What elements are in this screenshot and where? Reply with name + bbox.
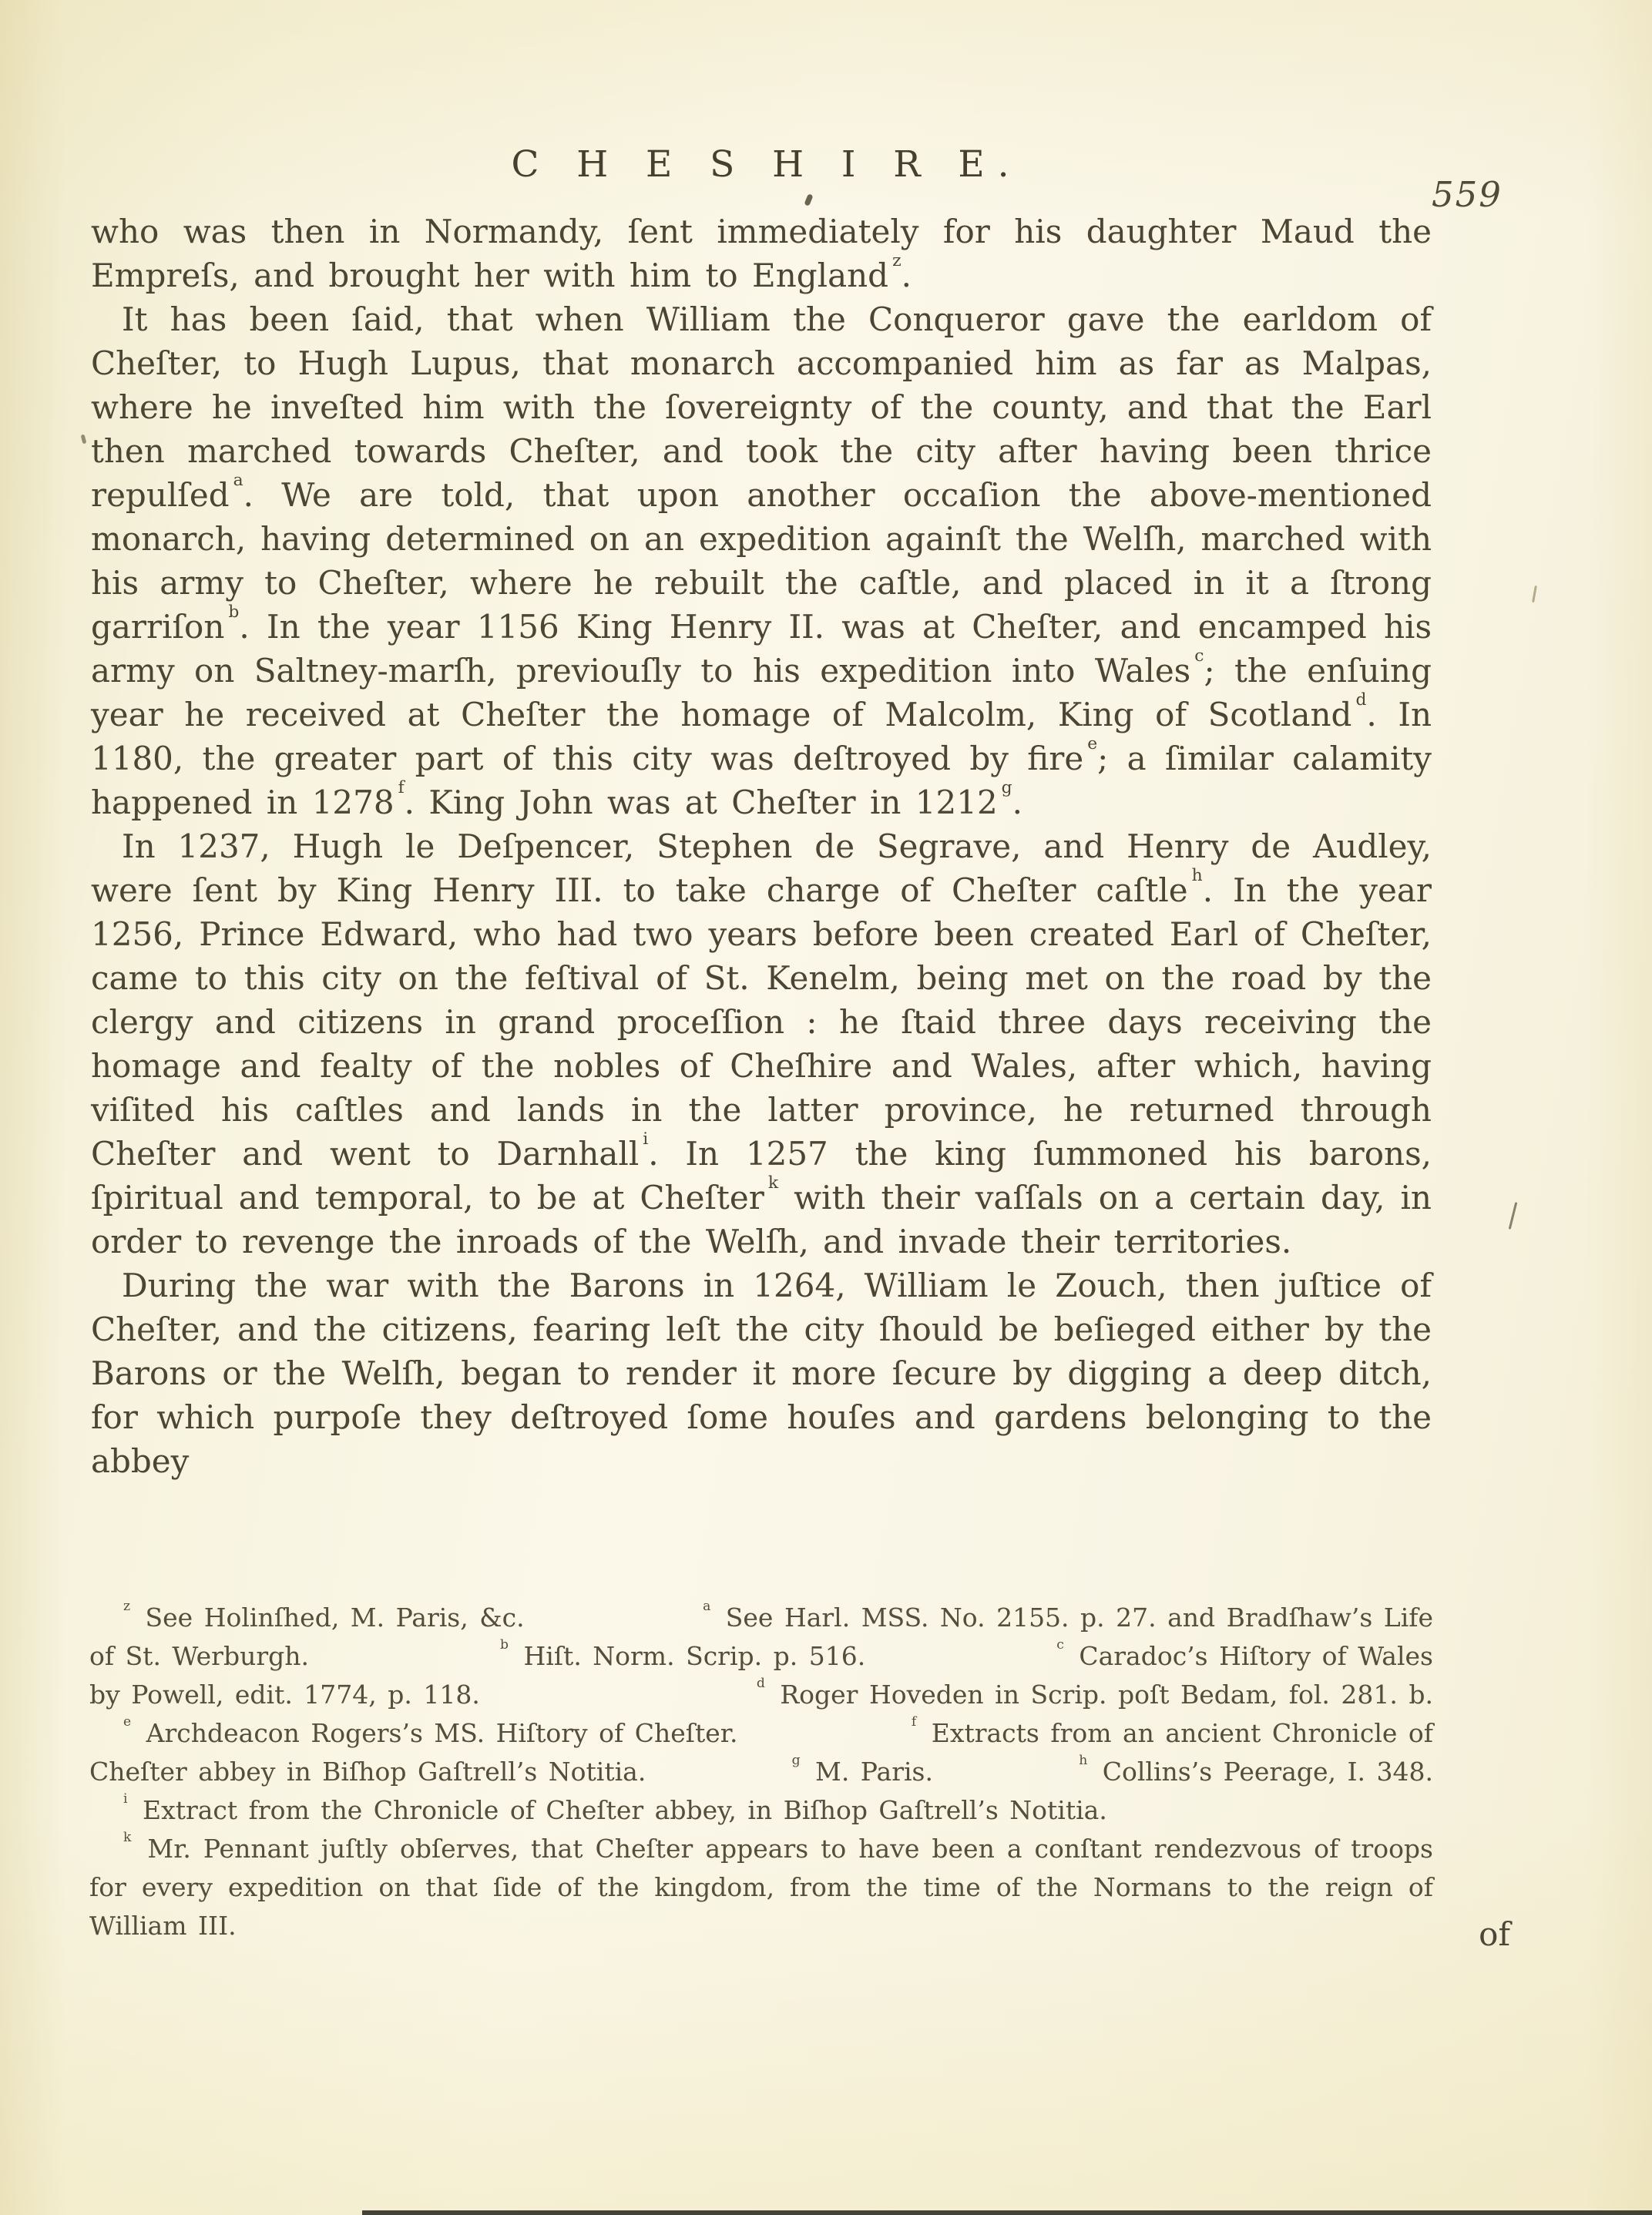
footnote-chunk: for every expedition on that ſide of the… xyxy=(89,1872,1433,1902)
footnote-marker: b xyxy=(228,602,239,622)
footnote-chunk: i Extract from the Chronicle of Cheſter … xyxy=(123,1795,1107,1825)
scan-bottom-edge xyxy=(362,2210,1652,2215)
footnote-chunk: z See Holinſhed, M. Paris, &c. xyxy=(123,1599,525,1637)
book-page: C H E S H I R E. 559 who was then in Nor… xyxy=(0,0,1652,2215)
footnote-marker: h xyxy=(1192,866,1203,885)
footnote-line: of St. Werburgh.b Hiſt. Norm. Scrip. p. … xyxy=(89,1637,1433,1676)
footnote-chunk: of St. Werburgh. xyxy=(89,1637,309,1676)
footnote-marker: g xyxy=(1002,778,1012,797)
footnote-marker: d xyxy=(757,1676,765,1691)
scan-speck xyxy=(81,435,87,445)
footnote-line: by Powell, edit. 1774, p. 118.d Roger Ho… xyxy=(89,1676,1433,1714)
footnote-line: i Extract from the Chronicle of Cheſter … xyxy=(89,1791,1433,1830)
footnotes: z See Holinſhed, M. Paris, &c.a See Harl… xyxy=(89,1599,1433,1945)
footnote-chunk: b Hiſt. Norm. Scrip. p. 516. xyxy=(500,1637,865,1676)
paragraph: It has been ſaid, that when William the … xyxy=(91,297,1432,824)
footnote-marker: d xyxy=(1355,690,1366,710)
footnote-chunk: g M. Paris. xyxy=(792,1753,933,1791)
footnote-line: e Archdeacon Rogers’s MS. Hiſtory of Che… xyxy=(89,1714,1433,1753)
running-head-title: C H E S H I R E. xyxy=(0,143,1533,186)
footnote-line: for every expedition on that ſide of the… xyxy=(89,1868,1433,1907)
paragraph: In 1237, Hugh le Deſpencer, Stephen de S… xyxy=(91,824,1432,1264)
footnote-chunk: by Powell, edit. 1774, p. 118. xyxy=(89,1676,480,1714)
page-number: 559 xyxy=(1432,174,1503,215)
footnote-marker: c xyxy=(1194,646,1204,666)
footnote-marker: e xyxy=(1087,734,1097,753)
footnote-line: z See Holinſhed, M. Paris, &c.a See Harl… xyxy=(89,1599,1433,1637)
footnote-line: k Mr. Pennant juſtly obſerves, that Cheſ… xyxy=(89,1830,1433,1868)
footnote-marker: e xyxy=(123,1714,131,1730)
footnote-chunk: e Archdeacon Rogers’s MS. Hiſtory of Che… xyxy=(123,1714,737,1753)
scan-speck xyxy=(804,193,813,206)
footnote-chunk: William III. xyxy=(89,1911,237,1941)
footnote-marker: k xyxy=(768,1173,778,1193)
footnote-marker: b xyxy=(500,1637,509,1653)
footnote-chunk: f Extracts from an ancient Chronicle of xyxy=(912,1714,1433,1753)
footnote-chunk: c Caradoc’s Hiſtory of Wales xyxy=(1056,1637,1433,1676)
footnote-chunk: k Mr. Pennant juſtly obſerves, that Cheſ… xyxy=(123,1834,1433,1864)
footnote-marker: i xyxy=(123,1791,128,1807)
footnote-marker: a xyxy=(233,471,243,490)
footnote-marker: g xyxy=(792,1753,801,1768)
footnote-chunk: h Collins’s Peerage, I. 348. xyxy=(1079,1753,1433,1791)
paragraph: During the war with the Barons in 1264, … xyxy=(91,1264,1432,1483)
catchword: of xyxy=(1233,1915,1510,1953)
footnote-marker: k xyxy=(123,1830,131,1845)
body-text: who was then in Normandy, ſent immediate… xyxy=(91,210,1432,1483)
scan-speck xyxy=(1532,586,1537,602)
footnote-line: William III. xyxy=(89,1907,1433,1945)
footnote-chunk: a See Harl. MSS. No. 2155. p. 27. and Br… xyxy=(703,1599,1433,1637)
footnote-marker: z xyxy=(123,1599,130,1614)
footnote-marker: c xyxy=(1056,1637,1064,1653)
scan-speck xyxy=(1509,1202,1518,1230)
footnote-marker: z xyxy=(892,251,902,270)
footnote-chunk: Cheſter abbey in Biſhop Gaſtrell’s Notit… xyxy=(89,1753,646,1791)
footnote-marker: a xyxy=(703,1599,710,1614)
footnote-marker: f xyxy=(912,1714,916,1730)
footnote-marker: f xyxy=(398,778,405,797)
footnote-marker: i xyxy=(643,1129,648,1149)
footnote-line: Cheſter abbey in Biſhop Gaſtrell’s Notit… xyxy=(89,1753,1433,1791)
footnote-marker: h xyxy=(1079,1753,1087,1768)
paragraph: who was then in Normandy, ſent immediate… xyxy=(91,210,1432,297)
footnote-chunk: d Roger Hoveden in Scrip. poſt Bedam, fo… xyxy=(757,1676,1433,1714)
